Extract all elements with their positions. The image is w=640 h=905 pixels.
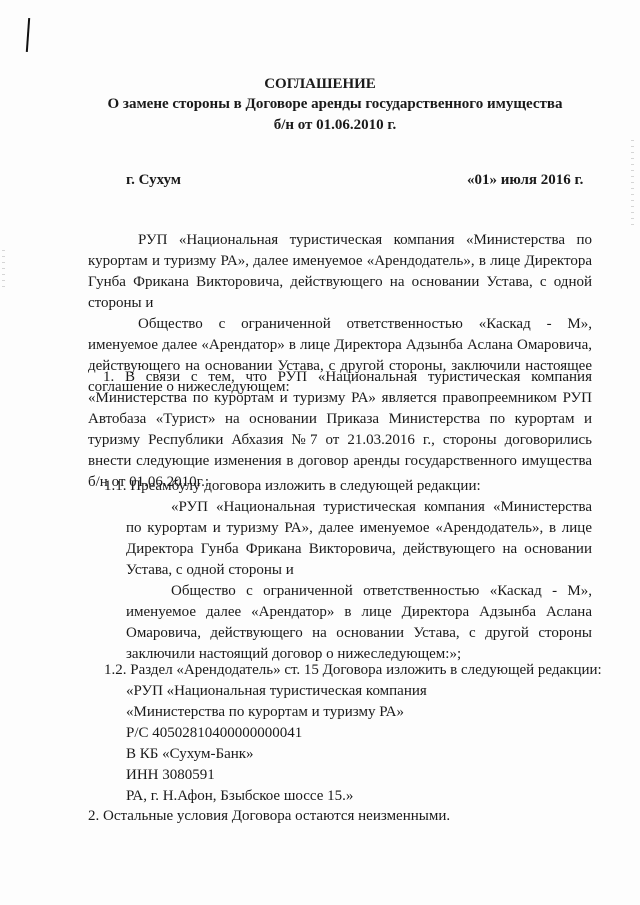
requisite-line-address: РА, г. Н.Афон, Бзыбское шоссе 15.» xyxy=(126,786,604,807)
requisite-line-inn: ИНН 3080591 xyxy=(126,765,604,786)
requisite-line-ministry: «Министерства по курортам и туризму РА» xyxy=(126,702,604,723)
quote-paragraph-lessor: «РУП «Национальная туристическая компани… xyxy=(126,497,592,581)
scan-noise xyxy=(2,250,5,290)
lessor-requisites: «РУП «Национальная туристическая компани… xyxy=(126,681,604,807)
document-title: СОГЛАШЕНИЕ xyxy=(0,74,640,95)
quote-paragraph-lessee: Общество с ограниченной ответственностью… xyxy=(126,581,592,665)
document-date: «01» июля 2016 г. xyxy=(467,172,583,189)
section-2: 2. Остальные условия Договора остаются н… xyxy=(88,806,450,827)
document-subtitle: О замене стороны в Договоре аренды госуд… xyxy=(100,94,570,136)
scanned-document-page: СОГЛАШЕНИЕ О замене стороны в Договоре а… xyxy=(0,0,640,905)
preamble-lessor: РУП «Национальная туристическая компания… xyxy=(88,230,592,314)
section-1-1-heading: 1.1. Преамбулу договора изложить в следу… xyxy=(104,476,592,497)
document-place: г. Сухум xyxy=(126,172,181,189)
section-1-1-quote: «РУП «Национальная туристическая компани… xyxy=(126,497,592,665)
section-1-2: 1.2. Раздел «Арендодатель» ст. 15 Догово… xyxy=(104,660,604,807)
scan-noise xyxy=(631,140,634,230)
requisite-line-company: «РУП «Национальная туристическая компани… xyxy=(126,681,604,702)
section-1-text: 1. В связи с тем, что РУП «Национальная … xyxy=(88,367,592,493)
requisite-line-bank: В КБ «Сухум-Банк» xyxy=(126,744,604,765)
section-1-1: 1.1. Преамбулу договора изложить в следу… xyxy=(104,476,592,665)
section-1-2-heading: 1.2. Раздел «Арендодатель» ст. 15 Догово… xyxy=(104,660,604,681)
section-1: 1. В связи с тем, что РУП «Национальная … xyxy=(88,367,592,493)
requisite-line-account: Р/С 40502810400000000041 xyxy=(126,723,604,744)
pen-mark xyxy=(26,18,30,52)
